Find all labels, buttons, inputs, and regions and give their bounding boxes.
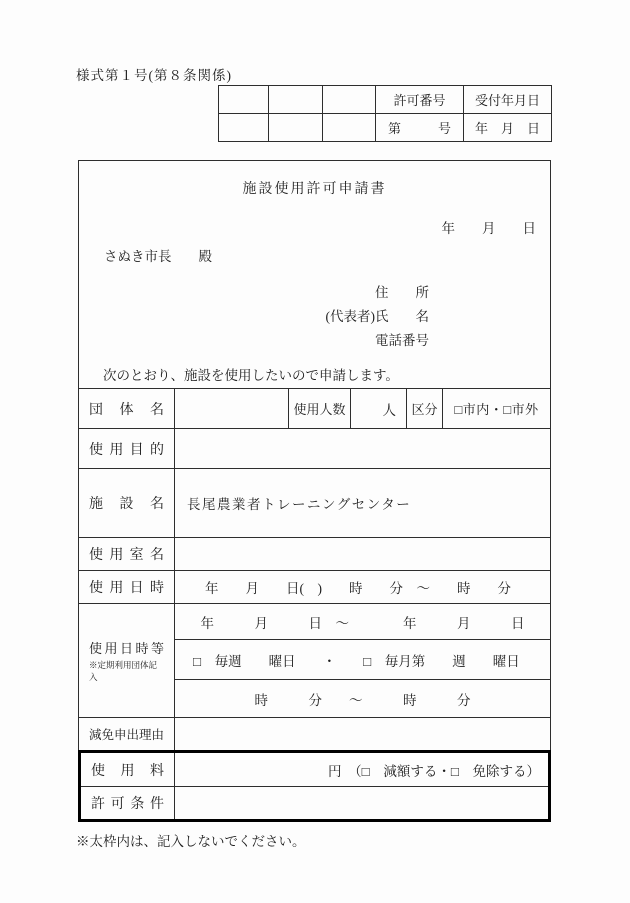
representative-prefix: (代表者) bbox=[317, 305, 375, 329]
intro-sentence: 次のとおり、施設を使用したいので申請します。 bbox=[103, 364, 399, 384]
fee-value-template: 円 （□ 減額する・□ 免除する） bbox=[174, 753, 548, 786]
representative-name-row: (代表者) 氏 名 bbox=[317, 305, 429, 329]
conditions-label-cell: 許可条件 bbox=[81, 787, 174, 819]
user-count-label: 使用人数 bbox=[288, 389, 350, 428]
purpose-label-cell: 使用目的 bbox=[79, 429, 174, 468]
reception-date-cell: 年 月 日 bbox=[464, 114, 552, 142]
office-only-thick-frame: 使用料 円 （□ 減額する・□ 免除する） 許可条件 bbox=[78, 750, 551, 822]
application-form: 施設使用許可申請書 年 月 日 さぬき市長 殿 住 所 (代表者) 氏 名 電話… bbox=[78, 160, 551, 822]
schedule-week-template: □ 毎週 曜日 ・ □ 毎月第 週 曜日 bbox=[175, 639, 550, 679]
category-options-cell: □市内・□市外 bbox=[442, 389, 550, 428]
organization-row: 団体名 使用人数 人 区分 □市内・□市外 bbox=[79, 388, 550, 428]
fee-label-cell: 使用料 bbox=[81, 753, 174, 786]
use-datetime-template: 年 月 日( ) 時 分 ～ 時 分 bbox=[174, 571, 550, 603]
address-row: 住 所 bbox=[317, 281, 429, 305]
footer-note: ※太枠内は、記入しないでください。 bbox=[76, 830, 306, 850]
fee-row: 使用料 円 （□ 減額する・□ 免除する） bbox=[81, 753, 548, 786]
schedule-label-cell: 使用日時等 ※定期利用団体記入 bbox=[79, 604, 174, 717]
office-use-table: 許可番号 受付年月日 第 号 年 月 日 bbox=[218, 85, 552, 142]
office-empty-cell bbox=[219, 114, 269, 142]
organization-input-cell bbox=[174, 389, 288, 428]
permit-number-prefix: 第 bbox=[388, 118, 401, 137]
form-page: 様式第１号(第８条関係) 許可番号 受付年月日 第 号 年 月 日 施設使用許可… bbox=[0, 0, 630, 903]
schedule-subrows: 年 月 日 ～ 年 月 日 □ 毎週 曜日 ・ □ 毎月第 週 曜日 時 分 ～… bbox=[174, 604, 550, 717]
permit-number-suffix: 号 bbox=[438, 118, 451, 137]
form-header-section: 施設使用許可申請書 年 月 日 さぬき市長 殿 住 所 (代表者) 氏 名 電話… bbox=[79, 161, 550, 388]
address-label: 住 所 bbox=[375, 281, 429, 305]
purpose-label: 使用目的 bbox=[89, 439, 164, 459]
office-empty-cell bbox=[323, 86, 376, 114]
office-table-header-row: 許可番号 受付年月日 bbox=[219, 86, 552, 114]
organization-label: 団体名 bbox=[89, 399, 164, 419]
organization-label-cell: 団体名 bbox=[79, 389, 174, 428]
facility-row: 施設名 長尾農業者トレーニングセンター bbox=[79, 468, 550, 537]
form-number-text: 様式第１号(第８条関係) bbox=[76, 64, 232, 84]
name-label: 氏 名 bbox=[375, 305, 429, 329]
use-datetime-row: 使用日時 年 月 日( ) 時 分 ～ 時 分 bbox=[79, 570, 550, 603]
schedule-row: 使用日時等 ※定期利用団体記入 年 月 日 ～ 年 月 日 □ 毎週 曜日 ・ … bbox=[79, 603, 550, 717]
form-title: 施設使用許可申請書 bbox=[79, 178, 550, 198]
fee-label: 使用料 bbox=[91, 760, 164, 780]
purpose-input-cell bbox=[174, 429, 550, 468]
room-input-cell bbox=[174, 538, 550, 570]
office-empty-cell bbox=[269, 114, 323, 142]
room-row: 使用室名 bbox=[79, 537, 550, 570]
exemption-row: 減免申出理由 bbox=[79, 717, 550, 750]
user-count-unit-cell: 人 bbox=[350, 389, 406, 428]
permit-number-cell: 第 号 bbox=[376, 114, 464, 142]
schedule-label: 使用日時等 bbox=[89, 638, 164, 657]
addressee-line: さぬき市長 殿 bbox=[104, 245, 212, 265]
exemption-input-cell bbox=[174, 718, 550, 750]
schedule-time-template: 時 分 ～ 時 分 bbox=[175, 679, 550, 717]
conditions-label: 許可条件 bbox=[91, 793, 164, 813]
permit-number-header: 許可番号 bbox=[376, 86, 464, 114]
facility-label-cell: 施設名 bbox=[79, 469, 174, 537]
facility-label: 施設名 bbox=[89, 493, 164, 513]
application-date-line: 年 月 日 bbox=[442, 217, 537, 237]
office-table-value-row: 第 号 年 月 日 bbox=[219, 114, 552, 142]
purpose-row: 使用目的 bbox=[79, 428, 550, 468]
room-label-cell: 使用室名 bbox=[79, 538, 174, 570]
conditions-input-cell bbox=[174, 787, 548, 819]
category-label: 区分 bbox=[406, 389, 442, 428]
exemption-label-cell: 減免申出理由 bbox=[79, 718, 174, 750]
schedule-note: ※定期利用団体記入 bbox=[89, 659, 164, 683]
use-datetime-label: 使用日時 bbox=[89, 577, 164, 597]
reception-date-header: 受付年月日 bbox=[464, 86, 552, 114]
address-prefix-spacer bbox=[317, 281, 375, 305]
office-empty-cell bbox=[269, 86, 323, 114]
room-label: 使用室名 bbox=[89, 544, 164, 564]
facility-name-value: 長尾農業者トレーニングセンター bbox=[174, 469, 550, 537]
office-empty-cell bbox=[219, 86, 269, 114]
schedule-period-template: 年 月 日 ～ 年 月 日 bbox=[175, 604, 550, 639]
exemption-label: 減免申出理由 bbox=[89, 725, 164, 743]
phone-row: 電話番号 bbox=[317, 329, 429, 353]
phone-label: 電話番号 bbox=[375, 329, 429, 353]
conditions-row: 許可条件 bbox=[81, 786, 548, 819]
applicant-contact-block: 住 所 (代表者) 氏 名 電話番号 bbox=[317, 281, 429, 353]
use-datetime-label-cell: 使用日時 bbox=[79, 571, 174, 603]
phone-prefix-spacer bbox=[317, 329, 375, 353]
office-empty-cell bbox=[323, 114, 376, 142]
